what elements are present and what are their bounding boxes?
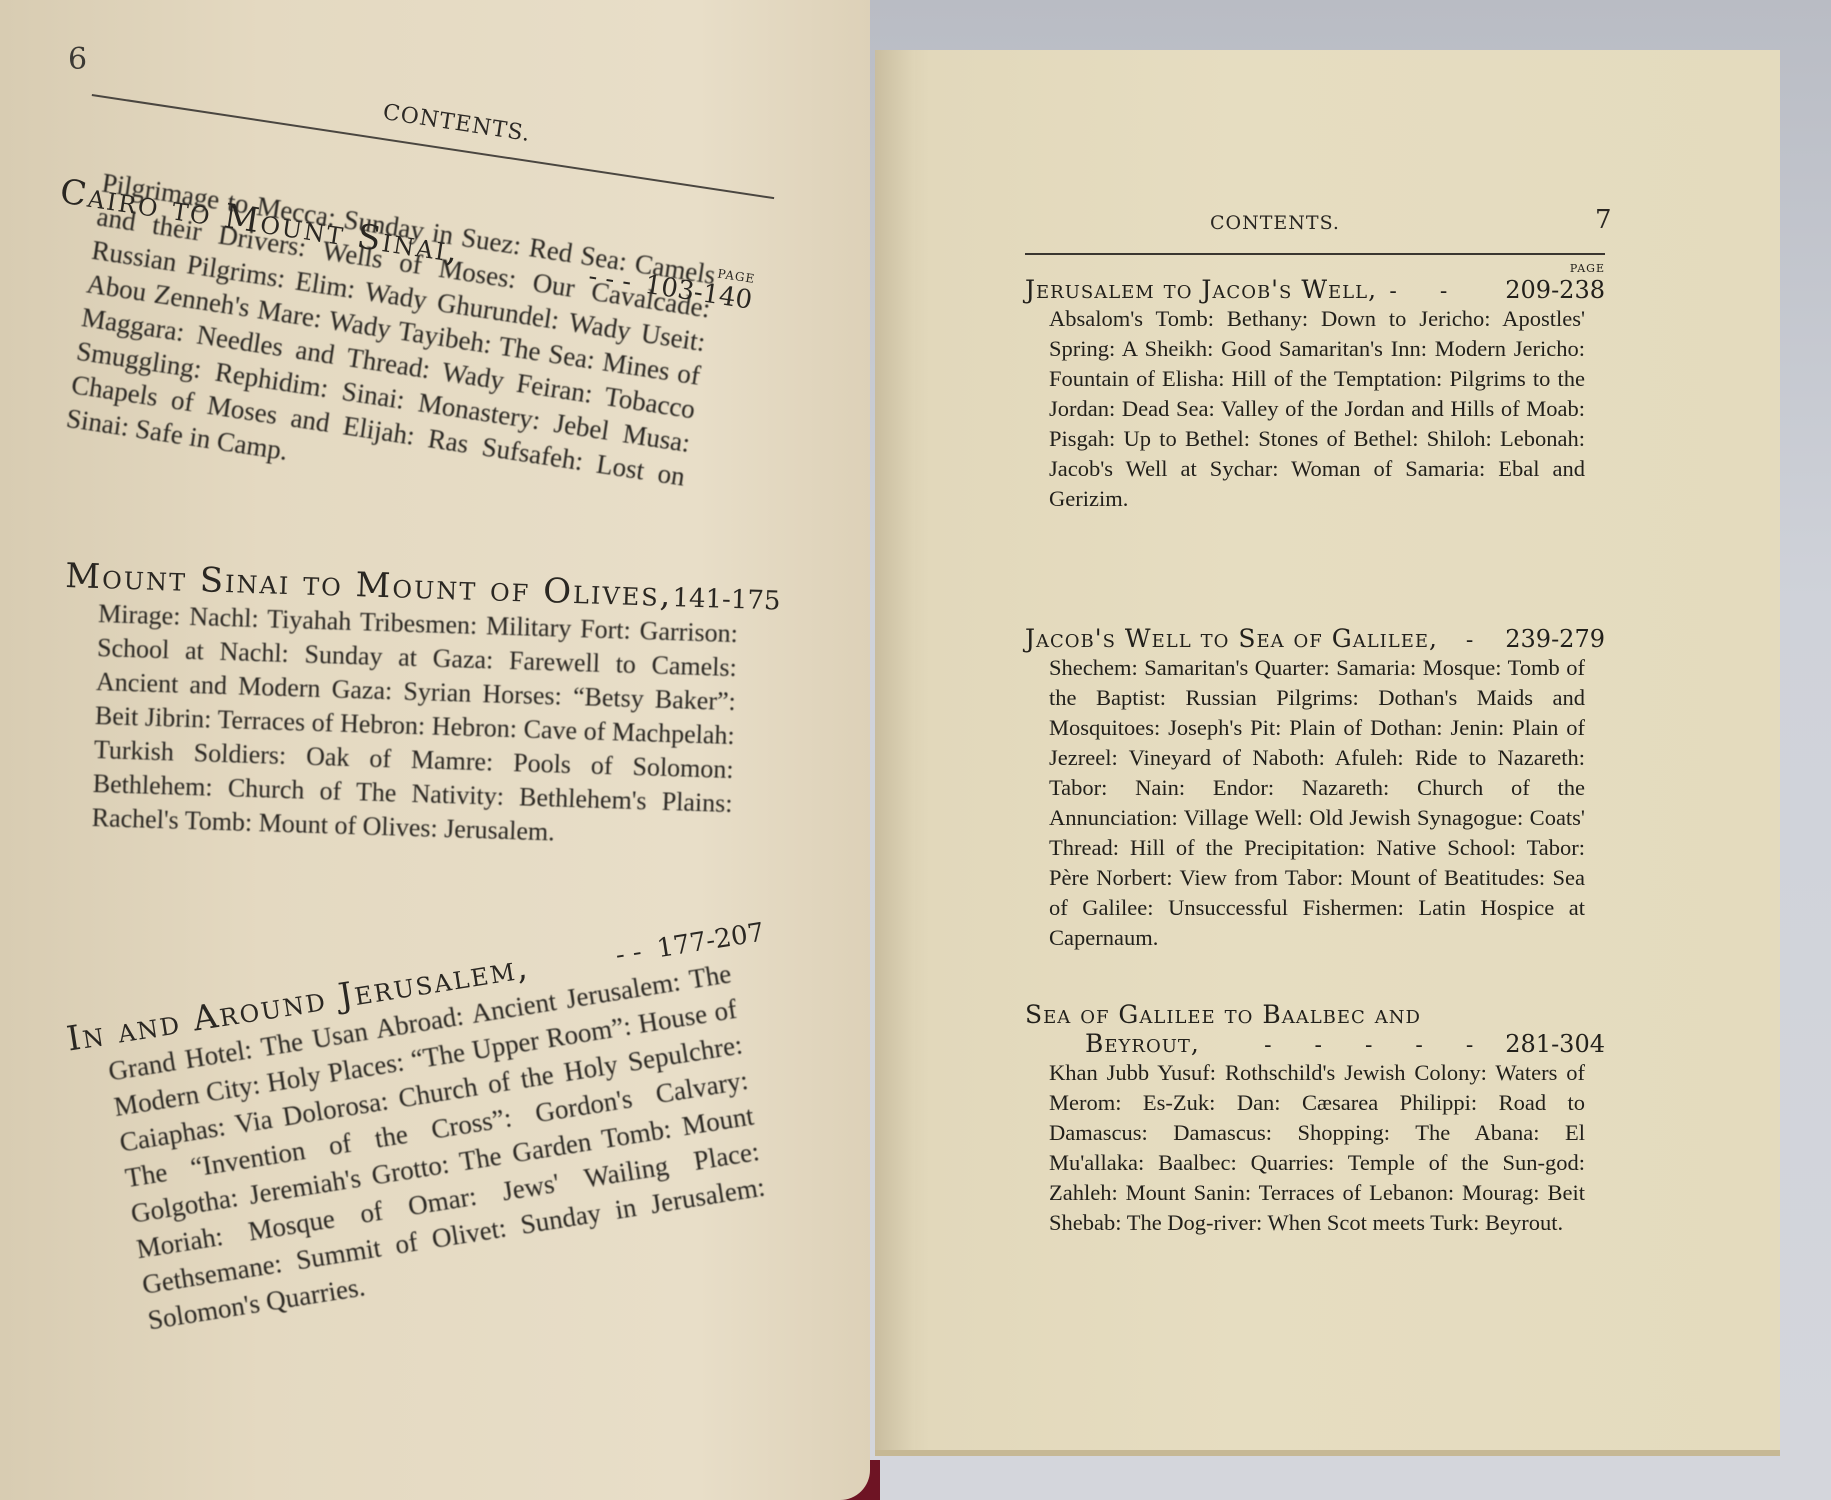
header-rule-right — [1025, 253, 1605, 255]
toc-entry-pages: 281-304 — [1505, 1030, 1605, 1058]
toc-entry-pages: 209-238 — [1505, 276, 1605, 304]
left-page: 6 CONTENTS. Cairo to Mount Sinai, PAGE -… — [0, 0, 870, 1500]
toc-entry-summary: Khan Jubb Yusuf: Rothschild's Jewish Col… — [1025, 1058, 1585, 1238]
toc-entry-pages: 141-175 — [672, 583, 781, 616]
page-number-right: 7 — [1595, 205, 1612, 235]
toc-entry-pages: 239-279 — [1505, 625, 1605, 653]
page-column-label: PAGE — [1025, 262, 1605, 275]
toc-entry-jacobs-well-to-sea-of-galilee: Jacob's Well to Sea of Galilee, - 239-27… — [1025, 624, 1605, 953]
toc-entry-title: Jerusalem to Jacob's Well, — [1025, 275, 1377, 304]
toc-entry-mount-sinai-to-mount-of-olives: Mount Sinai to Mount of Olives, 141-175 … — [57, 556, 770, 856]
toc-entry-leaders: - - - - - — [1264, 1033, 1491, 1058]
page-number-left: 6 — [68, 42, 87, 77]
toc-entry-summary: Mirage: Nachl: Tiyahah Tribesmen: Milita… — [57, 596, 738, 855]
toc-entry-title-line2: Beyrout, — [1085, 1029, 1200, 1058]
toc-entry-jerusalem-to-jacobs-well: PAGE Jerusalem to Jacob's Well, - - 209-… — [1025, 262, 1605, 514]
toc-entry-leaders: - - — [1389, 279, 1465, 304]
running-head-right: CONTENTS. — [1210, 212, 1340, 234]
toc-entry-leaders: - - — [614, 937, 644, 971]
toc-entry-title: Sea of Galilee to Baalbec and — [1025, 1000, 1605, 1029]
toc-entry-title: Jacob's Well to Sea of Galilee, — [1025, 624, 1438, 653]
toc-entry-in-and-around-jerusalem: In and Around Jerusalem, - - 177-207 Gra… — [64, 910, 812, 1344]
toc-entry-sea-of-galilee-to-baalbec-and-beyrout: Sea of Galilee to Baalbec and Beyrout, -… — [1025, 1000, 1605, 1238]
page-gutter — [875, 50, 915, 1450]
right-page: CONTENTS. 7 PAGE Jerusalem to Jacob's We… — [875, 50, 1780, 1456]
toc-entry-summary: Absalom's Tomb: Bethany: Down to Jericho… — [1025, 304, 1585, 514]
running-head-left: CONTENTS. — [381, 100, 532, 147]
toc-entry-leaders: - — [1466, 628, 1491, 653]
toc-entry-summary: Shechem: Samaritan's Quarter: Samaria: M… — [1025, 653, 1585, 953]
toc-entry-cairo-to-mount-sinai: Cairo to Mount Sinai, PAGE - - - 103-140… — [25, 128, 763, 533]
